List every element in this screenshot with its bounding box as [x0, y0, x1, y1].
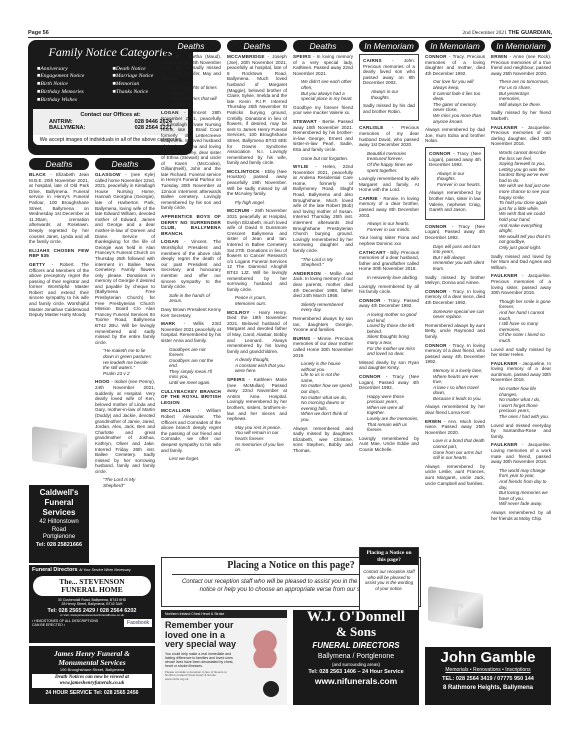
notice: ANDERSON - Mollie and Jack. In loving me…	[293, 271, 353, 333]
page-number: Page 56	[28, 30, 49, 37]
verse: Always in our thoughts.	[363, 89, 415, 100]
notice-after: Remembered always by aunt Betty, uncle R…	[425, 323, 485, 340]
notice-name: WYLIE	[293, 164, 309, 169]
notice-name: ERWIN	[491, 54, 507, 59]
verse: Goodbyes are not forever.Goodbyes are no…	[161, 347, 221, 386]
notice-after: Always remembered by all her friends at …	[491, 510, 551, 521]
notice: LINTON - Martha (Maud). Passed away 13th…	[161, 54, 221, 107]
category-item: Anniversary	[37, 66, 109, 73]
notice: HOOD - Isobel (nee Penny), 24th November…	[95, 379, 155, 488]
james-henry-website[interactable]: www.jameshenryfunerals.co.uk	[33, 681, 151, 687]
notice-name: BURNS	[293, 336, 310, 341]
section-header: In Memoriam	[491, 40, 551, 52]
notice: MCCRUM - 25th November 2021 peacefully a…	[227, 208, 287, 306]
notice-name: CAIRNS	[363, 58, 382, 63]
notice-name: CONNOR	[359, 298, 381, 303]
notice-name: GLASGOW	[95, 172, 121, 177]
verse: Silent thoughts of times together.Hold m…	[161, 85, 221, 107]
notice-name: MARK	[161, 321, 176, 326]
verse: Lonely is the house without you.Life to …	[293, 361, 353, 423]
verse: Beautiful memories treasured forever,Of …	[359, 151, 419, 173]
notice-name: CATHCART	[359, 250, 386, 255]
notice: CONNOR - Tracy. Passed away 4th December…	[359, 298, 419, 371]
notice-text: - Elizabeth Jean M.B.E. 20th November 20…	[29, 172, 89, 244]
verse: "The Lord is My Shepherd."	[293, 257, 353, 268]
notice: MCCAMBRIDGE - Joseph (Joe), 20th Novembe…	[227, 54, 287, 166]
category-item: Engagement Notice	[37, 73, 109, 80]
notice: CARRIE - Ronnie. In loving memory of a d…	[359, 196, 419, 247]
notice: BURNS - Minnie. Precious memories of our…	[293, 336, 353, 454]
notice-name: HOOD	[95, 379, 110, 384]
category-item: Birthday Wishes	[37, 97, 109, 104]
odonnell-ad: W.J. O'Donnell & Sons FUNERAL DIRECTORS …	[293, 610, 419, 705]
notice: FAULKNER - Jacqueline. Precious memories…	[491, 125, 551, 271]
notice: APPRENTICE BOYS OF DERRY NO SURRENDER CL…	[161, 214, 221, 236]
notice-after: Always remembered and sadly missed by da…	[293, 426, 353, 454]
notice: CONNOR - Tracy (Nee Logan). Passed away …	[359, 374, 419, 453]
notice-name: MCCAMBRIDGE	[227, 54, 265, 59]
notice: CAIRNS - John. Precious memories of a de…	[359, 54, 419, 121]
notice-after: Always remembered by brother Alan, siste…	[429, 190, 481, 212]
verse: Love is a bond that death cannot part,Go…	[425, 438, 485, 460]
verse: Gone but not forgotten.	[293, 156, 353, 162]
section-header: Deaths	[293, 40, 353, 52]
notice-text: - Joseph (Joe), 20th November 2021, peac…	[227, 54, 287, 165]
notice: CONNOR - Tracy. Precious memories of a l…	[425, 54, 485, 144]
notice-after: Sadly missed by brother Melvyn, Donna an…	[425, 275, 485, 286]
notice-name: ELIJAHS CHOSEN FEW RBP 535	[29, 248, 89, 259]
notice-after: Sadly missed by his dad and brother Robi…	[363, 103, 415, 114]
notice: CATHCART - Billy. Precious memories of a…	[359, 250, 419, 295]
column-4: DeathsMCCAMBRIDGE - Joseph (Joe), 20th N…	[227, 40, 287, 540]
notice-after: Lovingly remembered by Aunt Mae, Uncle E…	[359, 436, 419, 453]
notice-after: Sadly missed and loved by her Mum and Da…	[491, 254, 551, 271]
notice-text: - Isobel (nee Penny), 24th November 2021…	[95, 379, 155, 474]
notice-after: Lovingly remembered by all his family ci…	[359, 284, 419, 295]
james-henry-ad: James Henry Funeral & Monumental Service…	[29, 646, 155, 704]
notice-text: - Kathleen Marie (nee McMullan) Passed a…	[227, 377, 287, 421]
notice-after: Always remembered by dad Joe, mum Edna a…	[425, 127, 485, 144]
section-header: Deaths	[227, 40, 287, 52]
notice-text: - William Robert Alexander. The Officers…	[161, 408, 221, 452]
notice-name: FAULKNER	[491, 442, 518, 447]
notice-name: MCCRUM	[227, 208, 249, 213]
verse: May you rest in peace.You will remain in…	[227, 425, 287, 453]
notice: SPEIRS - In loving memory of a very spec…	[293, 54, 353, 116]
notice-name: ANDERSON	[293, 271, 321, 276]
notice: ERWIN - Ann. Much loved niece. Passed aw…	[425, 419, 485, 487]
notice-text: - Robert. The Officers and Members of th…	[29, 262, 89, 317]
category-item: Birth Notice	[37, 81, 109, 88]
bible-image	[32, 426, 87, 469]
verse: Safe in the hands of Jesus.	[161, 293, 221, 304]
section-header: In Memoriam	[359, 40, 419, 52]
verse: Memory is a lovely lane,Where hearts are…	[425, 368, 485, 402]
bible-image	[428, 586, 483, 629]
verse: A dearly thought,A constant wish that yo…	[227, 357, 287, 374]
notice-name: CULLYBACKEY BRANCH OF THE ROYAL BRITISH …	[161, 389, 221, 405]
notice-text: - Bertie. Passed away 18th November 2021…	[293, 119, 353, 152]
notice-text: - 25th November 2021 peacefully at Hospi…	[227, 208, 287, 291]
verse: Our love for you will always keep,It can…	[425, 79, 485, 124]
placing-notice-small: Placing a Notice on this page? Contact o…	[359, 547, 419, 611]
hearts-image	[253, 628, 277, 668]
notice-name: CONNOR	[425, 54, 447, 59]
verse: Always in our thoughts.Forever in our he…	[429, 171, 481, 188]
notice: GLASGOW - (nee Kyle) called home Novembe…	[95, 172, 155, 376]
verse: Silently remembered every day.	[293, 302, 353, 313]
notice-after: Remembered always by son Ian, daughters …	[293, 316, 353, 333]
notice: LOGAN - Vincent. The Worshipful Presiden…	[161, 239, 221, 318]
notice: ELIJAHS CHOSEN FEW RBP 535	[29, 248, 89, 259]
notice: CONNOR - Tracy. In loving memory of a de…	[425, 289, 485, 340]
verse: "The Lord Is My Shepherd"	[95, 477, 155, 488]
notice-after: Sadly missed by her friend Marbeth.	[491, 110, 551, 121]
column-5: DeathsSPEIRS - In loving memory of a ver…	[293, 40, 353, 550]
verse: Days will pass and turn into years,But I…	[425, 244, 485, 272]
john-gamble-ad: John Gamble Memorials • Renovations • In…	[425, 647, 551, 705]
notice-name: CONNOR	[425, 224, 447, 229]
notice-after: Loved and sadly missed by her sister Hel…	[491, 347, 551, 358]
verse: Someone special we can never replace.	[425, 309, 485, 320]
notice-name: GETTY	[29, 262, 45, 267]
notice: MARK - Willis 23rd November 2021 peacefu…	[161, 321, 221, 386]
notice-name: CONNOR	[425, 289, 447, 294]
verse: Happy were those precious years,When we …	[359, 394, 419, 433]
notice-name: CONNOR	[359, 374, 381, 379]
verse: No matter how life changes,No matter wha…	[491, 386, 551, 420]
column-7: In MemoriamCONNOR - Tracy. Precious memo…	[425, 40, 485, 585]
verse: We didn't see each other often,But you a…	[293, 79, 353, 101]
masthead: 2nd December 2021 THE GUARDIAN,	[462, 30, 552, 37]
notice-after: Always remembered by her dear friend Lor…	[425, 404, 485, 415]
notice: CARLISLE - Precious memories of my dear …	[359, 125, 419, 193]
notice-after: Lovingly remembered by wife Margaret and…	[359, 176, 419, 193]
notice-text: - Harry Henry. Died the 19th November 20…	[227, 310, 287, 354]
notice: FAULKNER - Jacqueline. Precious memories…	[491, 273, 551, 357]
notice: SPEIRS - Kathleen Marie (nee McMullan) P…	[227, 377, 287, 453]
verse: "He maketh me to lie down in green pastu…	[95, 348, 155, 376]
chest-heart-stroke-ad: Northern Ireland Chest Heart & Stroke Re…	[161, 610, 287, 705]
notice-text: - (nee Kyle) called home November 22nd, …	[95, 172, 155, 345]
facebook-link[interactable]: Facebook	[124, 619, 152, 627]
notice: LOGAN - Vincent 28th November 2021, peac…	[161, 110, 221, 211]
column-3: DeathsLINTON - Martha (Maud). Passed awa…	[161, 40, 221, 540]
section-header: In Memoriam	[425, 40, 485, 52]
section-header: Deaths	[95, 158, 155, 170]
notice-name: STEWART	[293, 119, 317, 124]
notice-text: - Vincent. The Worshipful President and …	[161, 239, 221, 289]
verse: Always in our hearts.Forever in our mind…	[359, 221, 419, 232]
category-item: Birthday Memories	[37, 89, 109, 96]
chss-logo	[263, 681, 279, 697]
column-6: In MemoriamCAIRNS - John. Precious memor…	[359, 40, 419, 540]
notice-name: ERWIN	[425, 419, 441, 424]
column-1: DeathsBLACK - Elizabeth Jean M.B.E. 20th…	[29, 158, 89, 318]
notice: MCCLINTOCK - Ebby (Nee Houston) passed a…	[227, 169, 287, 206]
notice-name: BLACK	[29, 172, 46, 177]
column-8: In MemoriamERWIN - Anne (nee Rock). Prec…	[491, 40, 551, 600]
notice-text: - Helen, 22nd November 2021, peacefully …	[293, 164, 353, 253]
notice-name: FAULKNER	[491, 361, 518, 366]
verse: Words cannot describe the loss we feel,S…	[491, 150, 551, 251]
notice-name: CONNOR	[429, 151, 451, 156]
notice-after: Goodbye my forever friend your wee mucke…	[293, 105, 353, 116]
notice-after: Missed dearly by son Ryan and daughter K…	[359, 360, 419, 371]
verse: There are no tomorrows,For us to share,B…	[491, 79, 551, 107]
notice: WYLIE - Helen, 22nd November 2021, peace…	[293, 164, 353, 268]
notice-sign: Davy Brown President Kenny Kerr Secretar…	[161, 307, 221, 318]
notice: MCCALLION - William Robert Alexander. Th…	[161, 408, 221, 461]
section-header: Deaths	[161, 40, 221, 52]
notice-name: LINTON	[161, 54, 179, 59]
notice: CONNOR - Tracy. In loving memory of a de…	[425, 343, 485, 416]
notice: FAULKNER - Jacqueline. Loving memories o…	[491, 442, 551, 521]
verse: The world may change from year to year,A…	[491, 468, 551, 507]
notice: ERWIN - Anne (nee Rock). Precious memori…	[491, 54, 551, 122]
verse: In Heavenly love abiding.	[359, 275, 419, 281]
notice: CONNOR - Tracy (Nee Logan), passed away …	[425, 147, 485, 220]
column-2: DeathsGLASGOW - (nee Kyle) called home N…	[95, 158, 155, 568]
page-header: Page 56 2nd December 2021 THE GUARDIAN,	[28, 30, 552, 38]
notice: MCILROY - Harry Henry. Died the 19th Nov…	[227, 310, 287, 375]
notice-name: MCCLINTOCK	[227, 169, 260, 174]
verse: Fly high angel.	[227, 200, 287, 206]
notice-name: MCCALLION	[161, 408, 190, 413]
notice: CONNOR - Tracy (Nee Logan). Passed away …	[425, 224, 485, 286]
notice-name: MCILROY	[227, 310, 250, 315]
notice-name: SPEIRS	[227, 377, 245, 382]
notice-name: FAULKNER	[491, 125, 518, 130]
notice-name: SPEIRS	[293, 54, 311, 59]
caldwells-ad: Caldwell's Funeral Services 42 Hiltonsto…	[29, 485, 89, 563]
notice-name: CARRIE	[359, 196, 378, 201]
notice: STEWART - Bertie. Passed away 18th Novem…	[293, 119, 353, 161]
notice-after: Always remembered by uncle Leslie, aunt …	[425, 464, 485, 486]
stevenson-ad: Funeral Directors At Your Service When N…	[29, 565, 155, 643]
notice-name: CONNOR	[425, 343, 447, 348]
notice-name: LOGAN	[161, 110, 179, 115]
section-header: Deaths	[29, 158, 89, 170]
verse: Lest we forget.	[161, 456, 221, 462]
notice-name: FAULKNER	[491, 273, 518, 278]
odonnell-website[interactable]: www.nifunerals.com	[293, 676, 419, 686]
notice: GETTY - Robert. The Officers and Members…	[29, 262, 89, 318]
verse: A loving mother so good and kind,Loved b…	[359, 312, 419, 357]
notice-name: CARLISLE	[359, 125, 384, 130]
verse: Though her smile is gone forever,And her…	[491, 299, 551, 344]
notice-after: Your loving sister Fiona and nephew Domi…	[359, 235, 419, 246]
notice: BLACK - Elizabeth Jean M.B.E. 20th Novem…	[29, 172, 89, 245]
verse: Peace is yours,Memories ours.	[227, 295, 287, 306]
notice: FAULKNER - Jacqueline. In loving memory …	[491, 361, 551, 440]
notice: CULLYBACKEY BRANCH OF THE ROYAL BRITISH …	[161, 389, 221, 406]
notice-name: APPRENTICE BOYS OF DERRY NO SURRENDER CL…	[161, 214, 221, 236]
notice-text: - Vincent 28th November 2021, peacefully…	[161, 110, 221, 210]
notice-name: LOGAN	[161, 239, 179, 244]
notice-after: Loved and missed everyday by Samantha-Ro…	[491, 423, 551, 440]
